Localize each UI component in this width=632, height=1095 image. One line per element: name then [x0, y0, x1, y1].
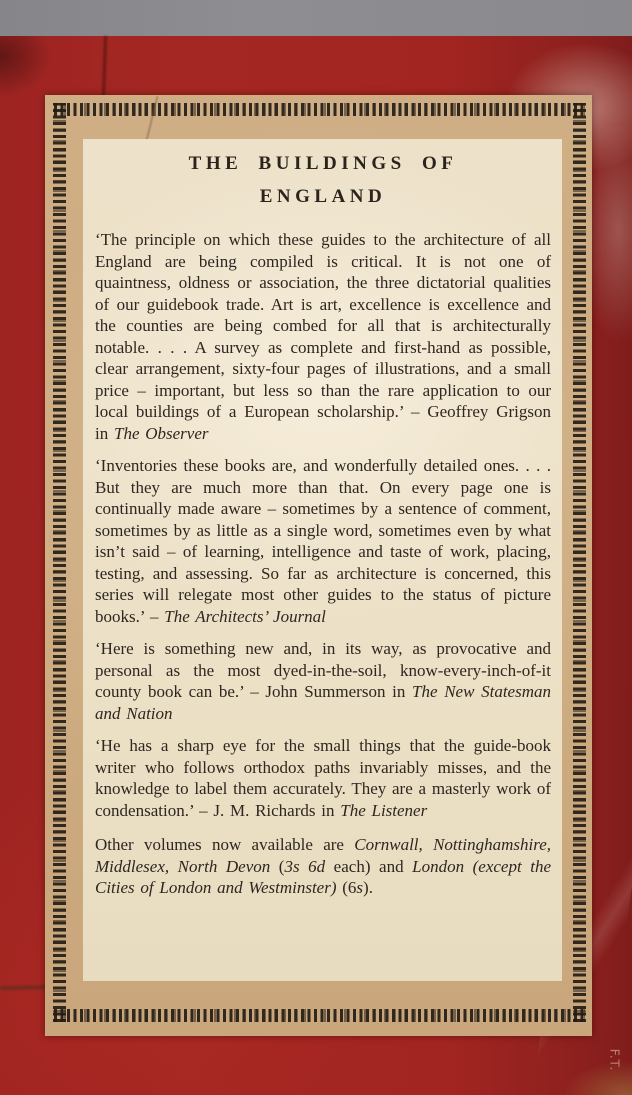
quote-source: The Observer	[114, 424, 209, 443]
availability-segment: ).	[363, 878, 373, 897]
quote-source: The Architects’ Journal	[164, 607, 326, 626]
availability-segment: (	[270, 857, 284, 876]
review-quote-listener: ‘He has a sharp eye for the small things…	[95, 735, 551, 821]
price-italic: 3s 6d	[284, 857, 325, 876]
scan-background-strip	[0, 0, 632, 36]
review-quote-architects-journal: ‘Inventories these books are, and wonder…	[95, 455, 551, 627]
border-ornament-right	[573, 103, 586, 1022]
quote-text: ‘He has a sharp eye for the small things…	[95, 736, 551, 820]
series-title-line2: ENGLAND	[95, 186, 551, 208]
book-back-cover: THE BUILDINGS OF ENGLAND ‘The principle …	[0, 36, 632, 1095]
cloth-crease	[102, 36, 107, 98]
quote-text: ‘Inventories these books are, and wonder…	[95, 456, 551, 626]
border-ornament-top	[54, 103, 585, 116]
pencil-mark: F.T.	[608, 1049, 622, 1072]
pasted-paper-label: THE BUILDINGS OF ENGLAND ‘The principle …	[45, 95, 592, 1036]
quote-text: ‘The principle on which these guides to …	[95, 230, 551, 443]
availability-segment: Other volumes now available are	[95, 835, 354, 854]
series-title-line1: THE BUILDINGS OF	[95, 153, 551, 175]
border-ornament-left	[53, 103, 66, 1022]
border-ornament-bottom	[54, 1009, 585, 1022]
review-quote-observer: ‘The principle on which these guides to …	[95, 229, 551, 444]
availability-note: Other volumes now available are Cornwall…	[95, 834, 551, 899]
quote-source: The Listener	[340, 801, 427, 820]
availability-segment: each) and	[325, 857, 412, 876]
availability-segment: (6	[337, 878, 357, 897]
series-title: THE BUILDINGS OF ENGLAND	[95, 153, 551, 208]
review-quote-new-statesman: ‘Here is something new and, in its way, …	[95, 638, 551, 724]
printed-text-panel: THE BUILDINGS OF ENGLAND ‘The principle …	[83, 139, 562, 981]
